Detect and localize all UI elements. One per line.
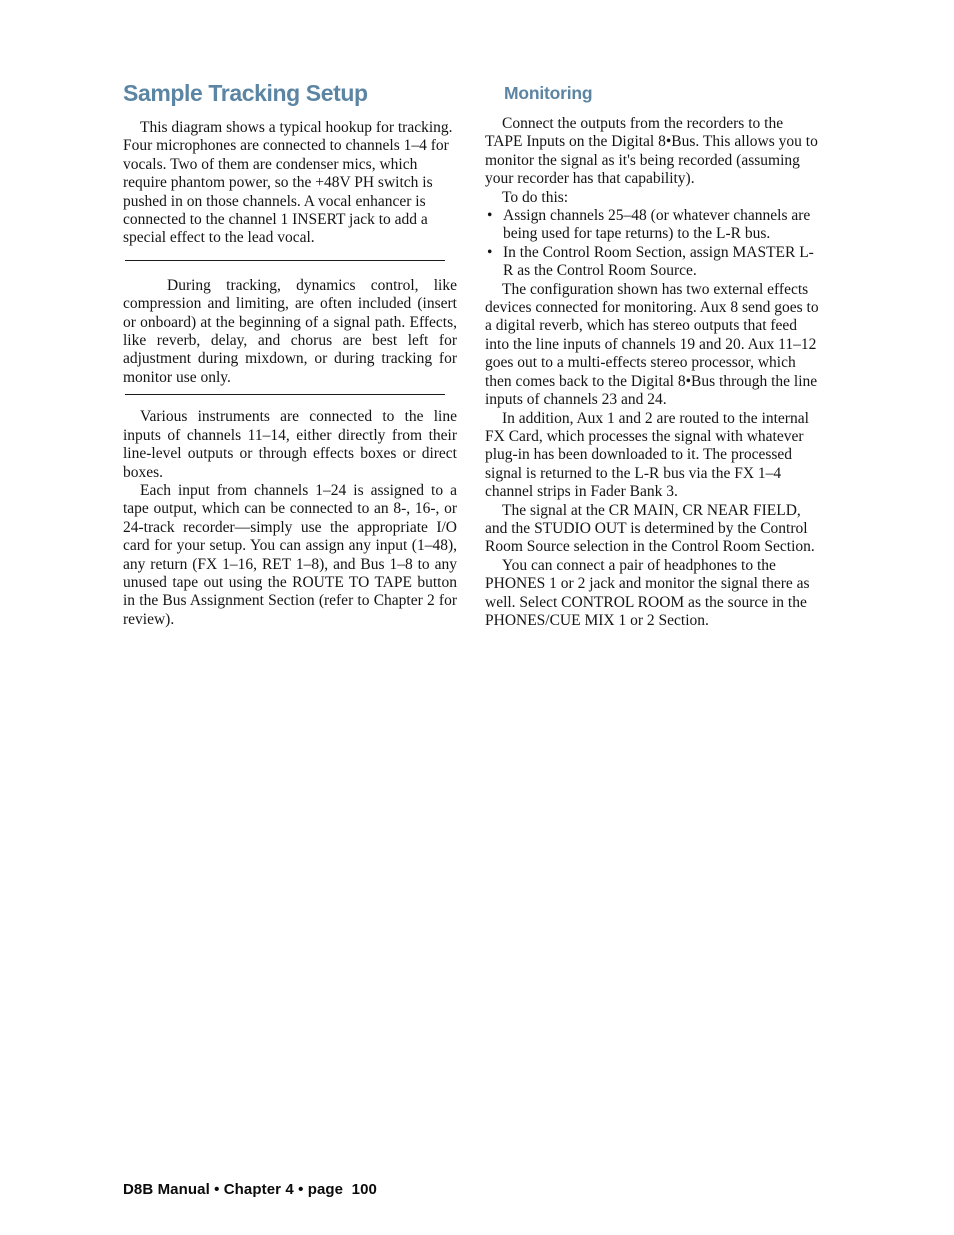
paragraph-cr-main-signal: The signal at the CR MAIN, CR NEAR FIELD…	[485, 502, 819, 557]
bullet-icon: •	[487, 207, 492, 225]
paragraph-in-addition: In addition, Aux 1 and 2 are routed to t…	[485, 410, 819, 502]
bullet-item-assign-channels: • Assign channels 25–48 (or whatever cha…	[485, 207, 819, 244]
bullet-list: • Assign channels 25–48 (or whatever cha…	[485, 207, 819, 281]
bullet-item-control-room: • In the Control Room Section, assign MA…	[485, 244, 819, 281]
footer-text: D8B Manual • Chapter 4 • page 100	[123, 1181, 377, 1198]
paragraph-to-do-this: To do this:	[485, 189, 819, 207]
paragraph-configuration: The configuration shown has two external…	[485, 281, 819, 410]
bullet-item-text: In the Control Room Section, assign MAST…	[503, 244, 814, 279]
right-column: Monitoring Connect the outputs from the …	[485, 84, 819, 630]
left-column: Sample Tracking Setup This diagram shows…	[123, 80, 457, 629]
note-paragraph: During tracking, dynamics control, like …	[123, 277, 457, 387]
section-title-monitoring: Monitoring	[504, 84, 819, 103]
paragraph-each-input: Each input from channels 1–24 is assigne…	[123, 482, 457, 629]
paragraph-intro: This diagram shows a typical hookup for …	[123, 119, 457, 248]
horizontal-rule-top	[125, 260, 445, 261]
paragraph-connect-outputs: Connect the outputs from the recorders t…	[485, 115, 819, 189]
bullet-icon: •	[487, 244, 492, 262]
bullet-item-text: Assign channels 25–48 (or whatever chann…	[503, 207, 810, 242]
paragraph-headphones: You can connect a pair of headphones to …	[485, 557, 819, 631]
page-title: Sample Tracking Setup	[123, 80, 457, 106]
paragraph-various-instruments: Various instruments are connected to the…	[123, 408, 457, 482]
horizontal-rule-bottom	[125, 394, 445, 395]
